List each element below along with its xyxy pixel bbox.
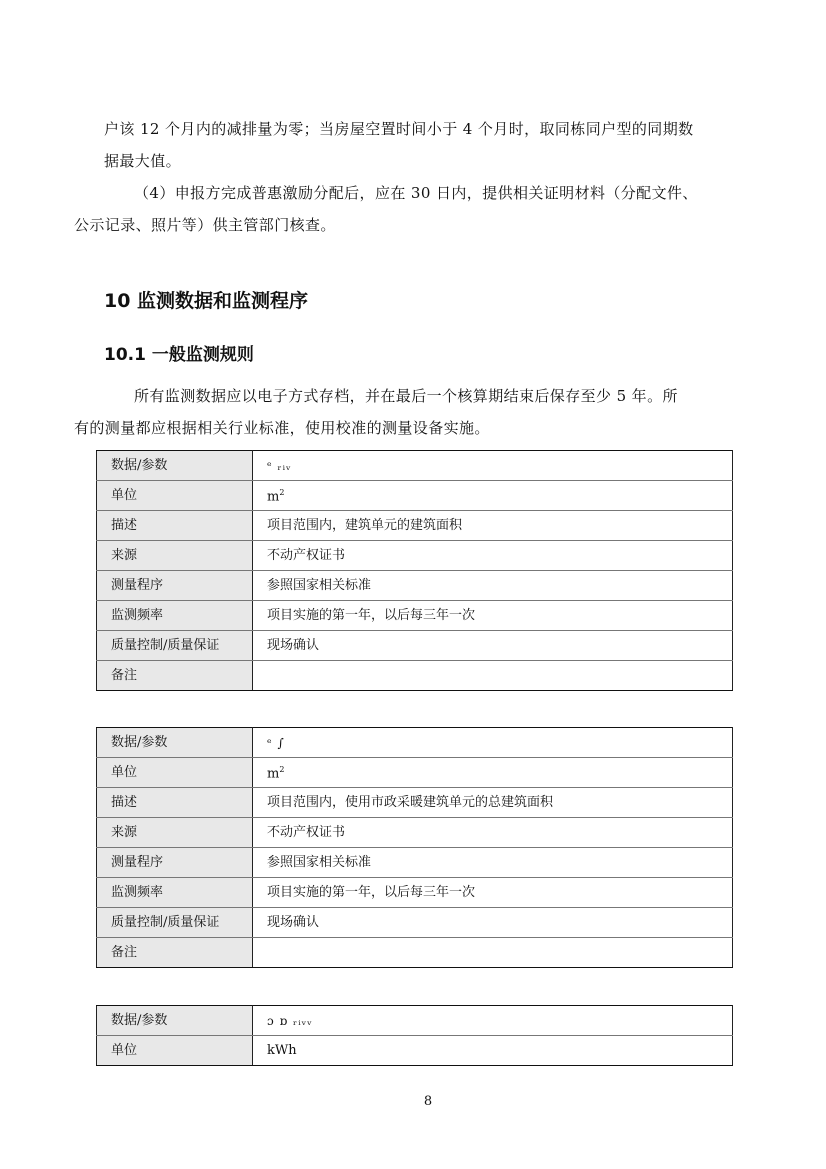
row-value: 不动产权证书 (253, 541, 733, 571)
row-label: 备注 (97, 661, 253, 691)
row-value: 现场确认 (253, 631, 733, 661)
row-label: 测量程序 (97, 571, 253, 601)
row-label: 单位 (97, 481, 253, 511)
table-row: 单位 m2 (97, 758, 733, 788)
row-value: m2 (253, 481, 733, 511)
row-label: 质量控制/质量保证 (97, 631, 253, 661)
row-value: 项目实施的第一年，以后每三年一次 (253, 601, 733, 631)
table-row: 描述 项目范围内，使用市政采暖建筑单元的总建筑面积 (97, 788, 733, 818)
page-number: 8 (0, 1094, 826, 1109)
row-value (253, 938, 733, 968)
parameter-table-energy: 数据/参数 ɔ ɒ ᵣᵢᵥᵥ 单位 kWh (96, 1005, 733, 1066)
row-label: 测量程序 (97, 848, 253, 878)
paragraph-line: 公示记录、照片等）供主管部门核查。 (74, 216, 336, 234)
row-label: 数据/参数 (97, 1006, 253, 1036)
table-row: 数据/参数 ᵉ ∫ (97, 728, 733, 758)
row-label: 备注 (97, 938, 253, 968)
table-row: 数据/参数 ᵉ ᵣᵢᵥ (97, 451, 733, 481)
document-page: 户该 12 个月内的减排量为零；当房屋空置时间小于 4 个月时，取同栋同户型的同… (0, 0, 826, 1169)
row-label: 来源 (97, 818, 253, 848)
unit-superscript: 2 (279, 488, 284, 497)
parameter-table-heated-area: 数据/参数 ᵉ ∫ 单位 m2 描述 项目范围内，使用市政采暖建筑单元的总建筑面… (96, 727, 733, 968)
row-label: 监测频率 (97, 878, 253, 908)
row-value: 项目实施的第一年，以后每三年一次 (253, 878, 733, 908)
table-row: 来源 不动产权证书 (97, 541, 733, 571)
table-row: 数据/参数 ɔ ɒ ᵣᵢᵥᵥ (97, 1006, 733, 1036)
paragraph-line: 据最大值。 (104, 152, 181, 170)
unit-text: m (267, 767, 279, 782)
row-label: 单位 (97, 1036, 253, 1066)
row-value: 项目范围内，使用市政采暖建筑单元的总建筑面积 (253, 788, 733, 818)
paragraph-vacancy-rule: 户该 12 个月内的减排量为零；当房屋空置时间小于 4 个月时，取同栋同户型的同… (104, 113, 726, 177)
row-value: ᵉ ∫ (253, 728, 733, 758)
table-row: 测量程序 参照国家相关标准 (97, 848, 733, 878)
table-row: 监测频率 项目实施的第一年，以后每三年一次 (97, 878, 733, 908)
table-row: 备注 (97, 938, 733, 968)
row-value: m2 (253, 758, 733, 788)
row-value (253, 661, 733, 691)
paragraph-line: 有的测量都应根据相关行业标准，使用校准的测量设备实施。 (74, 419, 490, 437)
table-row: 来源 不动产权证书 (97, 818, 733, 848)
section-heading: 10 监测数据和监测程序 (104, 286, 308, 316)
row-label: 数据/参数 (97, 728, 253, 758)
row-label: 单位 (97, 758, 253, 788)
row-label: 监测频率 (97, 601, 253, 631)
row-value: ᵉ ᵣᵢᵥ (253, 451, 733, 481)
unit-text: m (267, 490, 279, 505)
table-row: 单位 m2 (97, 481, 733, 511)
row-label: 来源 (97, 541, 253, 571)
row-value: 参照国家相关标准 (253, 571, 733, 601)
row-label: 质量控制/质量保证 (97, 908, 253, 938)
table-row: 测量程序 参照国家相关标准 (97, 571, 733, 601)
paragraph-line: 所有监测数据应以电子方式存档，并在最后一个核算期结束后保存至少 5 年。所 (134, 387, 678, 405)
paragraph-evidence-rule: （4）申报方完成普惠激励分配后，应在 30 日内，提供相关证明材料（分配文件、 … (104, 177, 726, 241)
row-value: kWh (253, 1036, 733, 1066)
table-row: 质量控制/质量保证 现场确认 (97, 908, 733, 938)
row-value: ɔ ɒ ᵣᵢᵥᵥ (253, 1006, 733, 1036)
row-label: 数据/参数 (97, 451, 253, 481)
row-value: 现场确认 (253, 908, 733, 938)
table-row: 监测频率 项目实施的第一年，以后每三年一次 (97, 601, 733, 631)
paragraph-line: （4）申报方完成普惠激励分配后，应在 30 日内，提供相关证明材料（分配文件、 (134, 184, 698, 202)
row-label: 描述 (97, 788, 253, 818)
table-row: 描述 项目范围内，建筑单元的建筑面积 (97, 511, 733, 541)
table-row: 质量控制/质量保证 现场确认 (97, 631, 733, 661)
row-value: 项目范围内，建筑单元的建筑面积 (253, 511, 733, 541)
parameter-table-building-area: 数据/参数 ᵉ ᵣᵢᵥ 单位 m2 描述 项目范围内，建筑单元的建筑面积 来源 … (96, 450, 733, 691)
row-label: 描述 (97, 511, 253, 541)
paragraph-general-monitoring: 所有监测数据应以电子方式存档，并在最后一个核算期结束后保存至少 5 年。所 有的… (104, 380, 726, 444)
subsection-heading: 10.1 一般监测规则 (104, 341, 254, 369)
row-value: 不动产权证书 (253, 818, 733, 848)
unit-superscript: 2 (279, 765, 284, 774)
table-row: 单位 kWh (97, 1036, 733, 1066)
row-value: 参照国家相关标准 (253, 848, 733, 878)
table-row: 备注 (97, 661, 733, 691)
paragraph-line: 户该 12 个月内的减排量为零；当房屋空置时间小于 4 个月时，取同栋同户型的同… (104, 120, 694, 138)
